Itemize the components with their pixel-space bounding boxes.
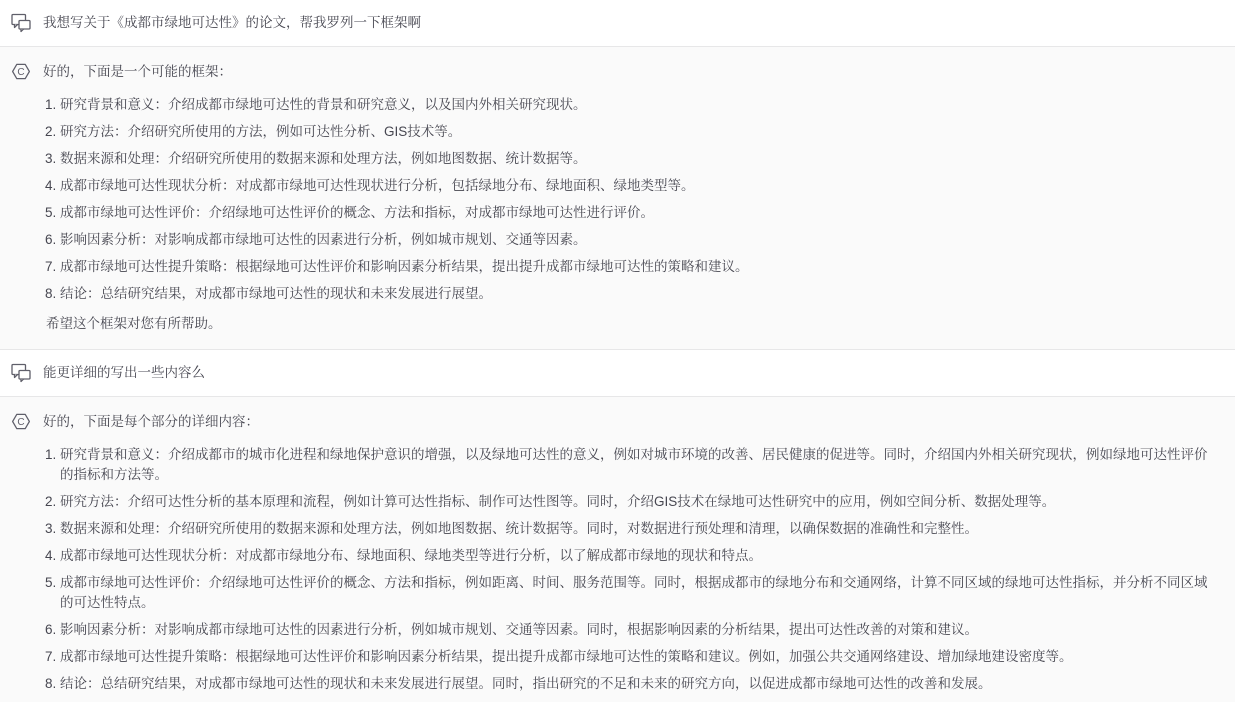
outline-list-item: 结论：总结研究结果，对成都市绿地可达性的现状和未来发展进行展望。同时，指出研究的… <box>60 674 1211 694</box>
assistant-message-body: 好的，下面是一个可能的框架： 研究背景和意义：介绍成都市绿地可达性的背景和研究意… <box>43 61 1211 334</box>
outline-list-item: 数据来源和处理：介绍研究所使用的数据来源和处理方法，例如地图数据、统计数据等。同… <box>60 519 1211 539</box>
outline-list: 研究背景和意义：介绍成都市绿地可达性的背景和研究意义，以及国内外相关研究现状。研… <box>43 95 1211 304</box>
outline-list-item: 成都市绿地可达性评价：介绍绿地可达性评价的概念、方法和指标，例如距离、时间、服务… <box>60 573 1211 613</box>
hexagon-c-icon: C <box>11 61 31 82</box>
assistant-message-1: C 好的，下面是一个可能的框架： 研究背景和意义：介绍成都市绿地可达性的背景和研… <box>0 46 1235 350</box>
outline-list-item: 研究方法：介绍可达性分析的基本原理和流程，例如计算可达性指标、制作可达性图等。同… <box>60 492 1211 512</box>
svg-text:C: C <box>17 67 24 78</box>
outline-list: 研究背景和意义：介绍成都市的城市化进程和绿地保护意识的增强，以及绿地可达性的意义… <box>43 445 1211 694</box>
svg-text:C: C <box>17 417 24 428</box>
outline-list-item: 成都市绿地可达性现状分析：对成都市绿地分布、绿地面积、绿地类型等进行分析，以了解… <box>60 546 1211 566</box>
user-message-text: 我想写关于《成都市绿地可达性》的论文，帮我罗列一下框架啊 <box>43 12 1211 33</box>
outline-list-item: 成都市绿地可达性评价：介绍绿地可达性评价的概念、方法和指标，对成都市绿地可达性进… <box>60 203 1211 223</box>
user-message-text: 能更详细的写出一些内容么 <box>43 362 1211 383</box>
assistant-message-body: 好的，下面是每个部分的详细内容： 研究背景和意义：介绍成都市的城市化进程和绿地保… <box>43 411 1211 694</box>
assistant-message-2: C 好的，下面是每个部分的详细内容： 研究背景和意义：介绍成都市的城市化进程和绿… <box>0 396 1235 702</box>
chat-bubbles-icon <box>11 362 31 383</box>
outline-list-item: 成都市绿地可达性提升策略：根据绿地可达性评价和影响因素分析结果，提出提升成都市绿… <box>60 647 1211 667</box>
outline-list-item: 影响因素分析：对影响成都市绿地可达性的因素进行分析，例如城市规划、交通等因素。 <box>60 230 1211 250</box>
user-message-1: 我想写关于《成都市绿地可达性》的论文，帮我罗列一下框架啊 <box>0 0 1235 46</box>
outline-list-item: 结论：总结研究结果，对成都市绿地可达性的现状和未来发展进行展望。 <box>60 284 1211 304</box>
user-message-2: 能更详细的写出一些内容么 <box>0 350 1235 396</box>
outline-list-item: 研究背景和意义：介绍成都市绿地可达性的背景和研究意义，以及国内外相关研究现状。 <box>60 95 1211 115</box>
outline-list-item: 影响因素分析：对影响成都市绿地可达性的因素进行分析，例如城市规划、交通等因素。同… <box>60 620 1211 640</box>
outline-list-item: 研究背景和意义：介绍成都市的城市化进程和绿地保护意识的增强，以及绿地可达性的意义… <box>60 445 1211 485</box>
outline-list-item: 数据来源和处理：介绍研究所使用的数据来源和处理方法，例如地图数据、统计数据等。 <box>60 149 1211 169</box>
outline-list-item: 成都市绿地可达性现状分析：对成都市绿地可达性现状进行分析，包括绿地分布、绿地面积… <box>60 176 1211 196</box>
assistant-intro: 好的，下面是一个可能的框架： <box>43 62 1211 82</box>
hexagon-c-icon: C <box>11 411 31 432</box>
outline-list-item: 研究方法：介绍研究所使用的方法，例如可达性分析、GIS技术等。 <box>60 122 1211 142</box>
assistant-intro: 好的，下面是每个部分的详细内容： <box>43 412 1211 432</box>
assistant-closing: 希望这个框架对您有所帮助。 <box>43 314 1211 334</box>
chat-bubbles-icon <box>11 12 31 33</box>
outline-list-item: 成都市绿地可达性提升策略：根据绿地可达性评价和影响因素分析结果，提出提升成都市绿… <box>60 257 1211 277</box>
